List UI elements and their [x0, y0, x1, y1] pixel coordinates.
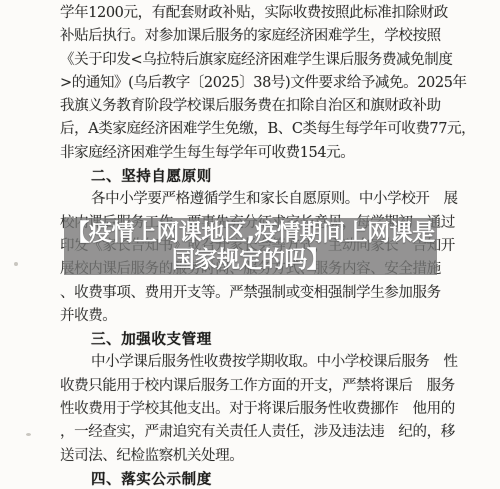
- doc-line: 补贴后执行。对参加课后服务的家庭经济困难学生，学校按照: [60, 25, 460, 48]
- doc-line: 中小学课后服务性收费按学期收取。中小学校课后服务 性: [60, 351, 460, 374]
- caption-line-2: 国家规定的吗】: [64, 247, 437, 274]
- section-heading-2: 二、坚持自愿原则: [60, 165, 460, 188]
- section-heading-3: 三、加强收支管理: [60, 328, 460, 351]
- document-page: 学年1200元，有配套财政补贴，实际收费按照此标准扣除财政 补贴后执行。对参加课…: [0, 0, 500, 489]
- doc-line: 送司法、纪检监察机关处理。: [60, 445, 460, 468]
- doc-line: 、收费事项、费用开支等。严禁强制或变相强制学生参加服务: [60, 282, 460, 305]
- doc-line: 并收费。: [60, 305, 460, 328]
- caption-line-1: 【疫情上网课地区,疫情期间上网课是: [64, 220, 437, 247]
- doc-line: >的通知》(乌后教字〔2025〕38号)文件要求给予减免。2025年: [60, 72, 460, 95]
- doc-line: 非家庭经济困难学生每生每学年可收费154元。: [60, 142, 460, 165]
- doc-line: 各中小学要严格遵循学生和家长自愿原则。中小学校开 展: [60, 188, 460, 211]
- scan-speck: [14, 262, 18, 266]
- section-heading-4: 四、落实公示制度: [60, 468, 460, 489]
- doc-line: 后，A类家庭经济困难学生免缴，B、C类每生每学年可收费77元，: [60, 118, 460, 141]
- caption-overlay-banner: 【疫情上网课地区,疫情期间上网课是 国家规定的吗】: [64, 218, 437, 275]
- doc-line: 性收费用于学校其他支出。对于将课后服务性收费挪作 他用的: [60, 398, 460, 421]
- doc-line: 《关于印发<乌拉特后旗家庭经济困难学生课后服务费减免制度: [60, 49, 460, 72]
- doc-line: 学年1200元，有配套财政补贴，实际收费按照此标准扣除财政: [60, 2, 460, 25]
- scan-speck: [26, 433, 31, 436]
- doc-line: ，一经查实，严肃追究有关责任人责任，涉及违法违 纪的，移: [60, 421, 460, 444]
- doc-line: 我旗义务教育阶段学校课后服务费在扣除自治区和旗财政补助: [60, 95, 460, 118]
- doc-line: 收费只能用于校内课后服务工作方面的开支，严禁将课后 服务: [60, 375, 460, 398]
